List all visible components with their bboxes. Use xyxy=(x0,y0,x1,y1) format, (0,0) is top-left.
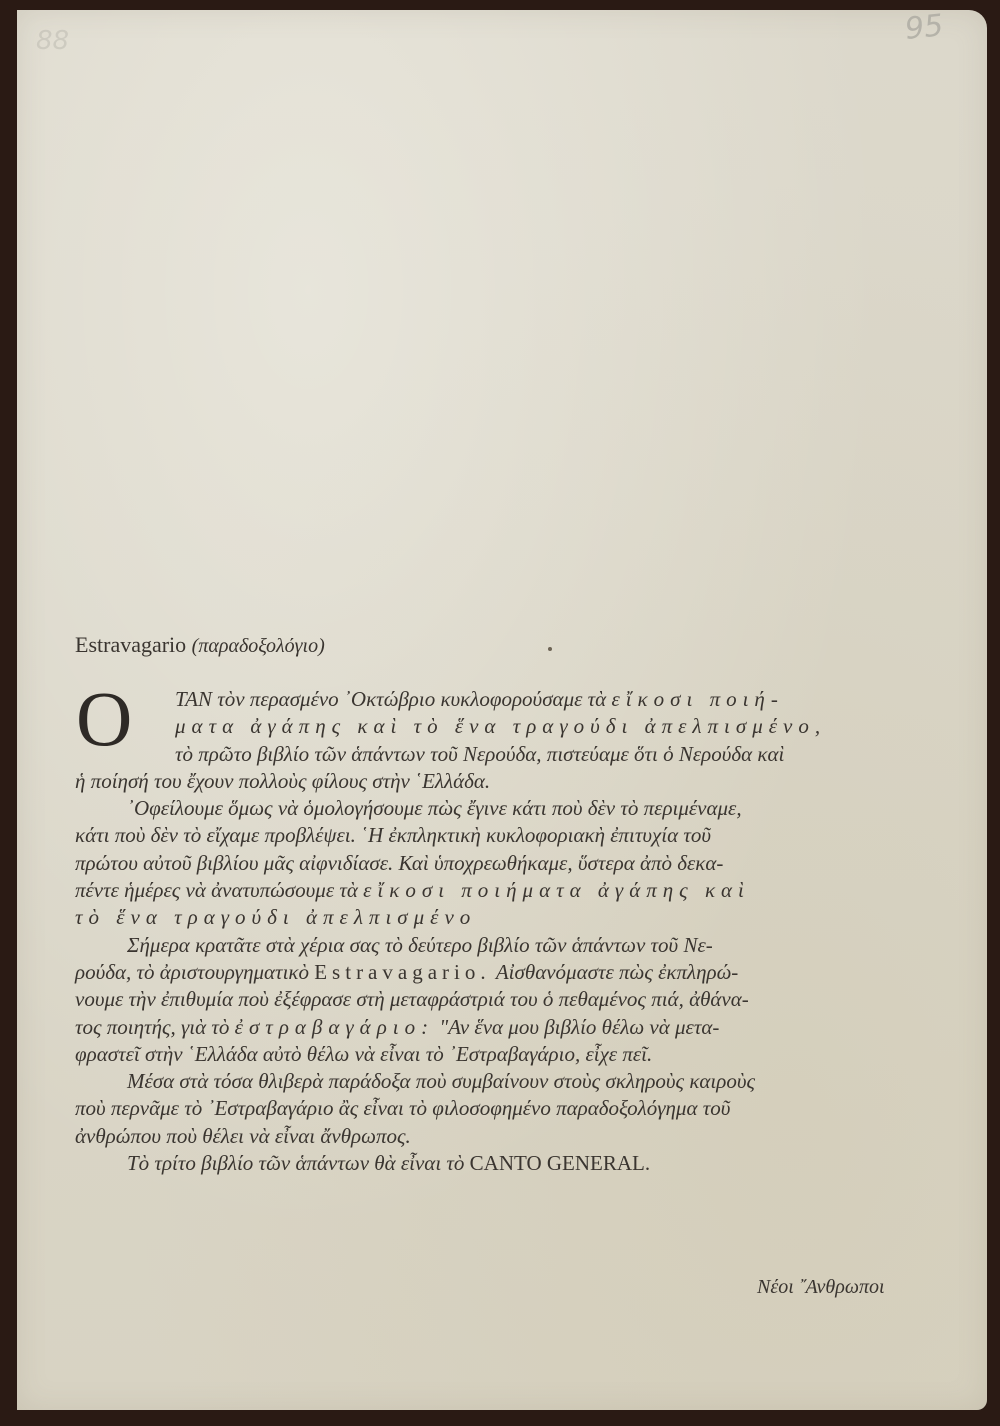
text-line: TAN τὸν περασμένο ᾿Οκτώβριο κυκλοφορούσα… xyxy=(75,686,945,713)
pencil-page-number: 95 xyxy=(903,8,945,47)
text-line: τος ποιητής, γιὰ τὸ ἐστραβαγάριο: "Αν ἕν… xyxy=(75,1014,945,1041)
text-line: ποὺ περνᾶμε τὸ ᾿Εστραβαγάριο ἂς εἶναι τὸ… xyxy=(75,1095,945,1122)
text-line: Τὸ τρίτο βιβλίο τῶν ἁπάντων θὰ εἶναι τὸ … xyxy=(75,1150,945,1177)
ink-speck xyxy=(548,647,552,651)
text-line: ρούδα, τὸ ἀριστουργηματικὸ Estravagario.… xyxy=(75,959,945,986)
text-line: τὸ πρῶτο βιβλίο τῶν ἁπάντων τοῦ Νερούδα,… xyxy=(75,741,945,768)
text-line: Σήμερα κρατᾶτε στὰ χέρια σας τὸ δεύτερο … xyxy=(75,932,945,959)
pencil-mark: 88 xyxy=(36,26,69,56)
text-line: Μέσα στὰ τόσα θλιβερὰ παράδοξα ποὺ συμβα… xyxy=(75,1068,945,1095)
book-title: Estravagario xyxy=(75,632,186,657)
text-line: πρώτου αὐτοῦ βιβλίου μᾶς αἰφνιδίασε. Καὶ… xyxy=(75,850,945,877)
text-line: ματα ἀγάπης καὶ τὸ ἕνα τραγούδι ἀπελπισμ… xyxy=(75,713,945,740)
publisher-note-body: TAN τὸν περασμένο ᾿Οκτώβριο κυκλοφορούσα… xyxy=(75,686,945,1177)
text-line: πέντε ἡμέρες νὰ ἀνατυπώσουμε τὰ εἴκοσι π… xyxy=(75,877,945,904)
text-line: τὸ ἕνα τραγούδι ἀπελπισμένο xyxy=(75,904,945,931)
text-line: κάτι ποὺ δὲν τὸ εἴχαμε προβλέψει. ῾Η ἐκπ… xyxy=(75,822,945,849)
publisher-signature: Νέοι ῎Ανθρωποι xyxy=(757,1276,885,1299)
book-subtitle: (παραδοξολόγιο) xyxy=(192,635,325,657)
book-title-heading: Estravagario (παραδοξολόγιο) xyxy=(75,632,325,658)
text-line: ἡ ποίησή του ἔχουν πολλοὺς φίλους στὴν ῾… xyxy=(75,768,945,795)
text-line: ᾿Οφείλουμε ὅμως νὰ ὁμολογήσουμε πὼς ἔγιν… xyxy=(75,795,945,822)
text-line: ἀνθρώπου ποὺ θέλει νὰ εἶναι ἄνθρωπος. xyxy=(75,1123,945,1150)
text-line: νουμε τὴν ἐπιθυμία ποὺ ἐξέφρασε στὴ μετα… xyxy=(75,986,945,1013)
text-line: φραστεῖ στὴν ῾Ελλάδα αὐτὸ θέλω νὰ εἶναι … xyxy=(75,1041,945,1068)
